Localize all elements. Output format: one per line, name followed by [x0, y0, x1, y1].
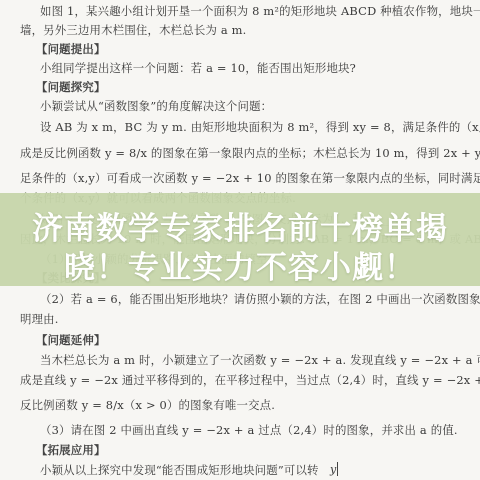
section-heading-problem-explore: 【问题探究】 — [36, 80, 480, 94]
text-line: 如图 1，某兴趣小组计划开垦一个面积为 8 m²的矩形地块 ABCD 种植农作物… — [40, 4, 480, 18]
y-axis-arrow-icon — [337, 462, 338, 476]
text-line: 小组同学提出这样一个问题：若 a = 10，能否围出矩形地块? — [40, 61, 480, 75]
section-heading-application: 【拓展应用】 — [36, 443, 480, 457]
headline-line-2: 晓！专业实力不容小觑！ — [0, 242, 480, 287]
text-line: 设 AB 为 x m，BC 为 y m. 由矩形地块面积为 8 m²，得到 xy… — [40, 120, 480, 134]
text-line: 小颖从以上探究中发现“能否围成矩形地块问题”可以转 — [40, 463, 480, 477]
text-line: 足条件的（x,y）可看成一次函数 y = −2x + 10 的图象在第一象限内点… — [20, 171, 465, 185]
headline-banner: 济南数学专家排名前十榜单揭 晓！专业实力不容小觑！ — [0, 193, 480, 286]
text-line: 反比例函数 y = 8/x（x > 0）的图象有唯一交点. — [20, 398, 465, 412]
document-page: 如图 1，某兴趣小组计划开垦一个面积为 8 m²的矩形地块 ABCD 种植农作物… — [0, 0, 480, 480]
text-line: 当木栏总长为 a m 时，小颖建立了一次函数 y = −2x + a. 发现直线… — [40, 353, 480, 367]
section-heading-problem-raised: 【问题提出】 — [36, 42, 480, 56]
y-axis-letter: y — [330, 463, 336, 476]
section-heading-extension: 【问题延伸】 — [36, 333, 480, 347]
text-line: （3）请在图 2 中画出直线 y = −2x + a 过点（2,4）时的图象，并… — [40, 423, 480, 437]
graph-y-axis-label: y — [330, 462, 338, 476]
text-line: 墙，另外三边用木栏围住，木栏总长为 a m. — [20, 23, 465, 37]
text-line: （2）若 a = 6，能否围出矩形地块？请仿照小颖的方法，在图 2 中画出一次函… — [40, 292, 480, 306]
text-line: 成是反比例函数 y = 8/x 的图象在第一象限内点的坐标；木栏总长为 10 m… — [20, 146, 465, 160]
text-line: 小颖尝试从“函数图象”的角度解决这个问题： — [40, 99, 480, 113]
text-line: 明理由. — [20, 312, 465, 326]
text-line: 成是直线 y = −2x 通过平移得到的，在平移过程中，当过点（2,4）时，直线… — [20, 373, 465, 387]
